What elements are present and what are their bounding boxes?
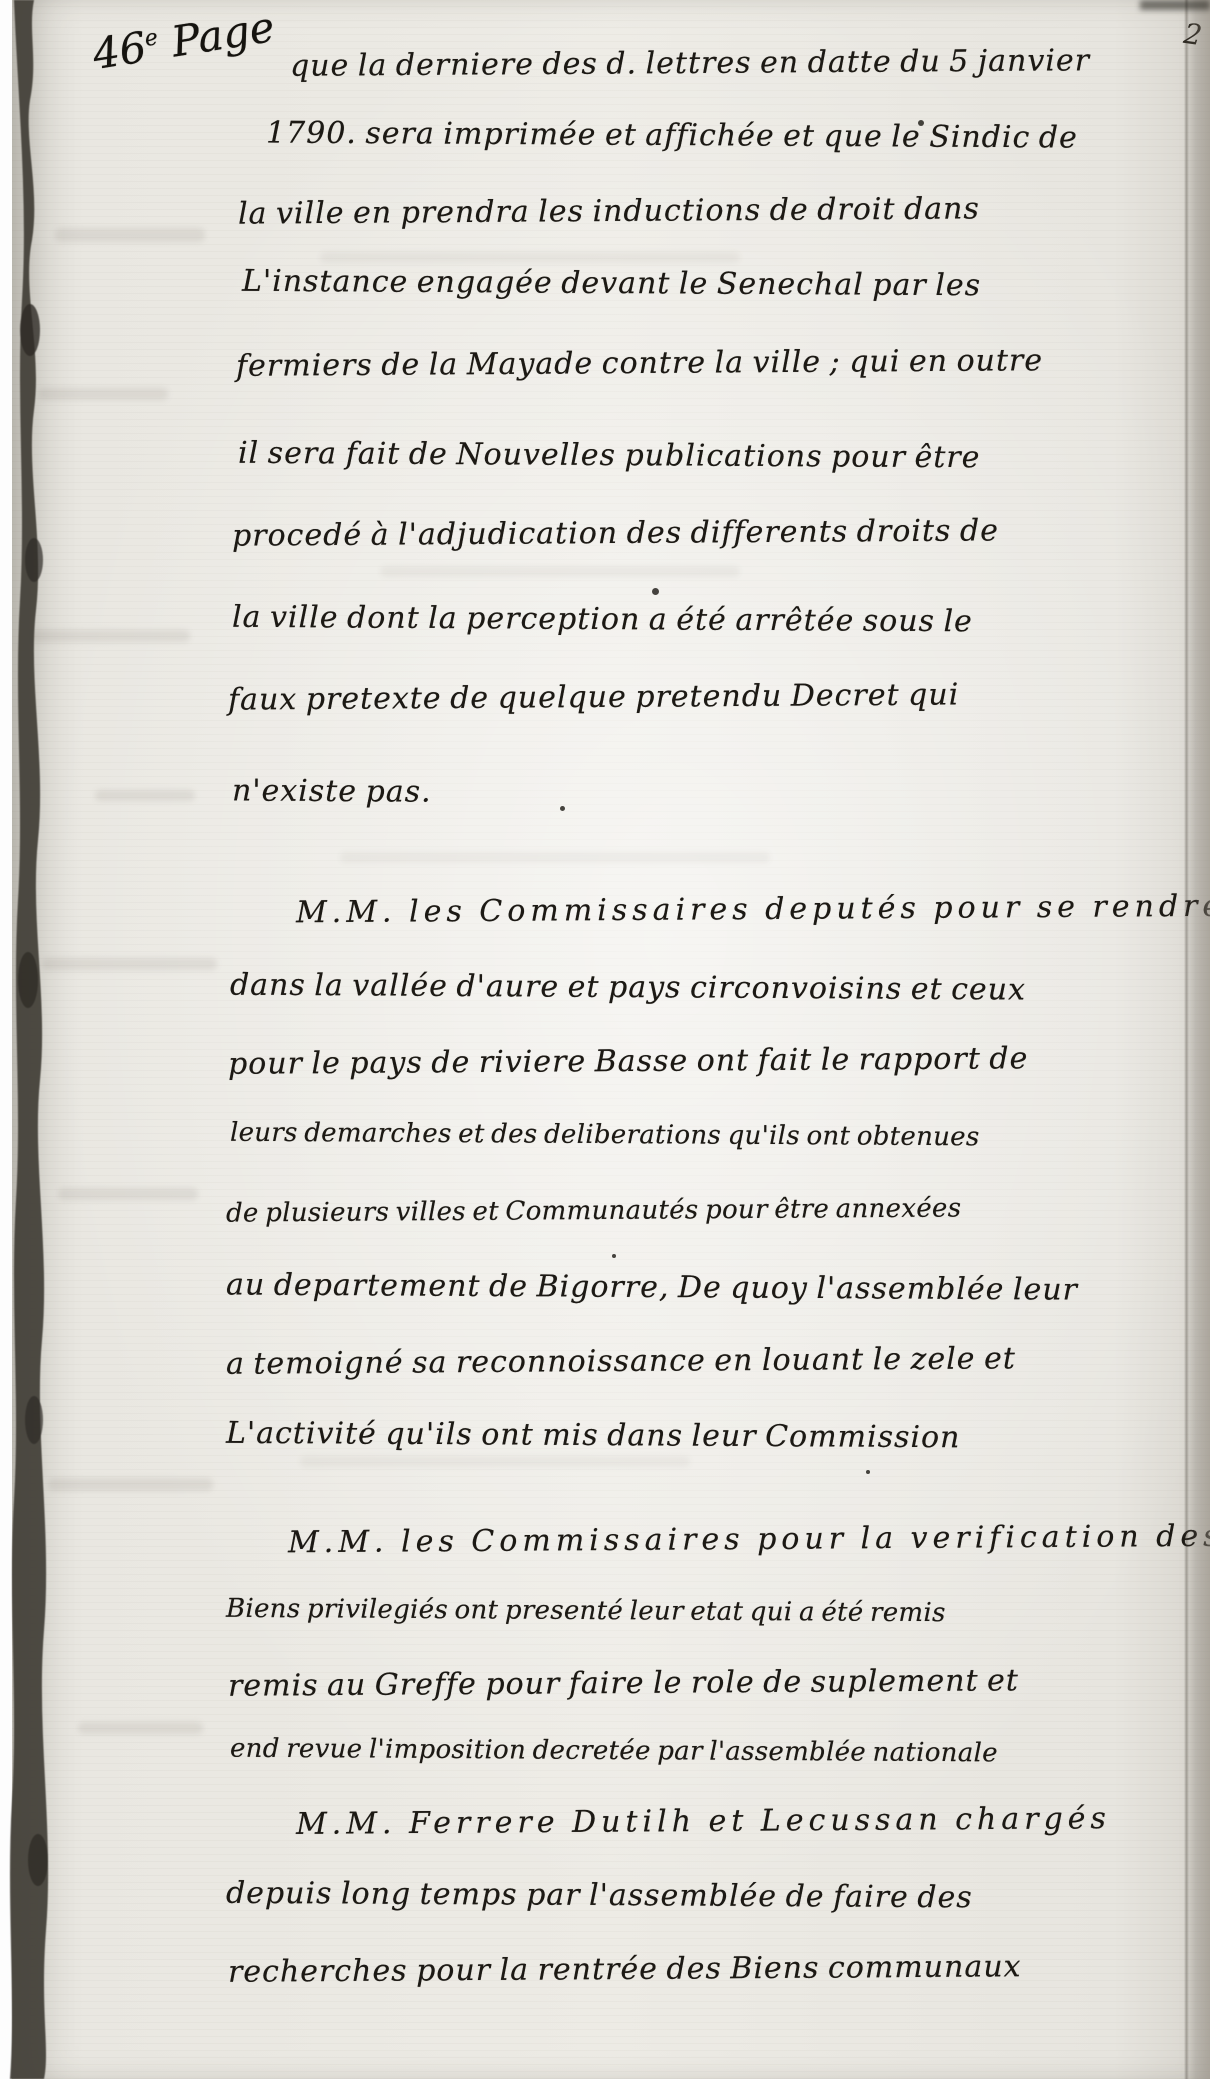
page-fold-crease bbox=[1184, 0, 1189, 2079]
page-header-ordinal: e bbox=[143, 25, 160, 52]
manuscript-line: au departement de Bigorre, De quoy l'ass… bbox=[226, 1267, 1078, 1307]
torn-binding-edge bbox=[0, 0, 58, 2079]
bleed-through-smudge bbox=[300, 1456, 690, 1467]
bleed-through-smudge bbox=[340, 852, 770, 863]
bleed-through-smudge bbox=[42, 958, 217, 970]
manuscript-line: fermiers de la Mayade contre la ville ; … bbox=[236, 343, 1043, 384]
ink-speck bbox=[560, 806, 565, 811]
ink-speck bbox=[866, 1470, 870, 1474]
manuscript-line: que la derniere des d. lettres en datte … bbox=[290, 43, 1090, 84]
manuscript-line: la ville dont la perception a été arrêté… bbox=[232, 600, 973, 640]
bleed-through-smudge bbox=[320, 252, 740, 263]
manuscript-line: M.M. Ferrere Dutilh et Lecussan chargés bbox=[296, 1801, 1111, 1842]
manuscript-line: depuis long temps par l'assemblée de fai… bbox=[226, 1876, 973, 1916]
manuscript-line: dans la vallée d'aure et pays circonvois… bbox=[230, 968, 1026, 1008]
manuscript-line: L'activité qu'ils ont mis dans leur Comm… bbox=[226, 1416, 961, 1455]
bleed-through-smudge bbox=[55, 228, 205, 242]
bleed-through-smudge bbox=[380, 566, 740, 577]
paper-background bbox=[12, 0, 1210, 2079]
manuscript-line: la ville en prendra les inductions de dr… bbox=[238, 191, 980, 231]
manuscript-line: remis au Greffe pour faire le role de su… bbox=[228, 1663, 1019, 1704]
manuscript-line: Biens privilegiés ont presenté leur etat… bbox=[226, 1594, 946, 1628]
manuscript-line: de plusieurs villes et Communautés pour … bbox=[226, 1193, 961, 1228]
manuscript-line: recherches pour la rentrée des Biens com… bbox=[228, 1949, 1022, 1990]
bleed-through-smudge bbox=[78, 1722, 203, 1734]
ink-speck bbox=[652, 588, 659, 595]
manuscript-line: a temoigné sa reconnoissance en louant l… bbox=[226, 1341, 1016, 1382]
manuscript-line: leurs demarches et des deliberations qu'… bbox=[230, 1118, 980, 1153]
manuscript-line: end revue l'imposition decretée par l'as… bbox=[230, 1734, 998, 1769]
ink-speck bbox=[612, 1254, 616, 1258]
manuscript-line: 1790. sera imprimée et affichée et que l… bbox=[266, 116, 1078, 156]
manuscript-page-scan: 46e Page 2 que la derniere des d. lettre… bbox=[0, 0, 1210, 2079]
manuscript-line: M.M. les Commissaires pour la verificati… bbox=[288, 1519, 1210, 1561]
bleed-through-smudge bbox=[48, 1478, 213, 1491]
top-edge-shadow bbox=[1140, 0, 1210, 10]
manuscript-line: procedé à l'adjudication des differents … bbox=[232, 513, 999, 553]
bleed-through-smudge bbox=[95, 790, 195, 801]
page-header-number: 46 bbox=[89, 22, 149, 79]
manuscript-line: M.M. les Commissaires deputés pour se re… bbox=[296, 889, 1210, 930]
manuscript-line: il sera fait de Nouvelles publications p… bbox=[238, 436, 981, 476]
manuscript-line: faux pretexte de quelque pretendu Decret… bbox=[228, 677, 959, 717]
manuscript-line: pour le pays de riviere Basse ont fait l… bbox=[228, 1041, 1029, 1082]
manuscript-line: n'existe pas. bbox=[232, 773, 432, 809]
manuscript-line: L'instance engagée devant le Senechal pa… bbox=[242, 264, 981, 304]
bleed-through-smudge bbox=[58, 1188, 198, 1200]
